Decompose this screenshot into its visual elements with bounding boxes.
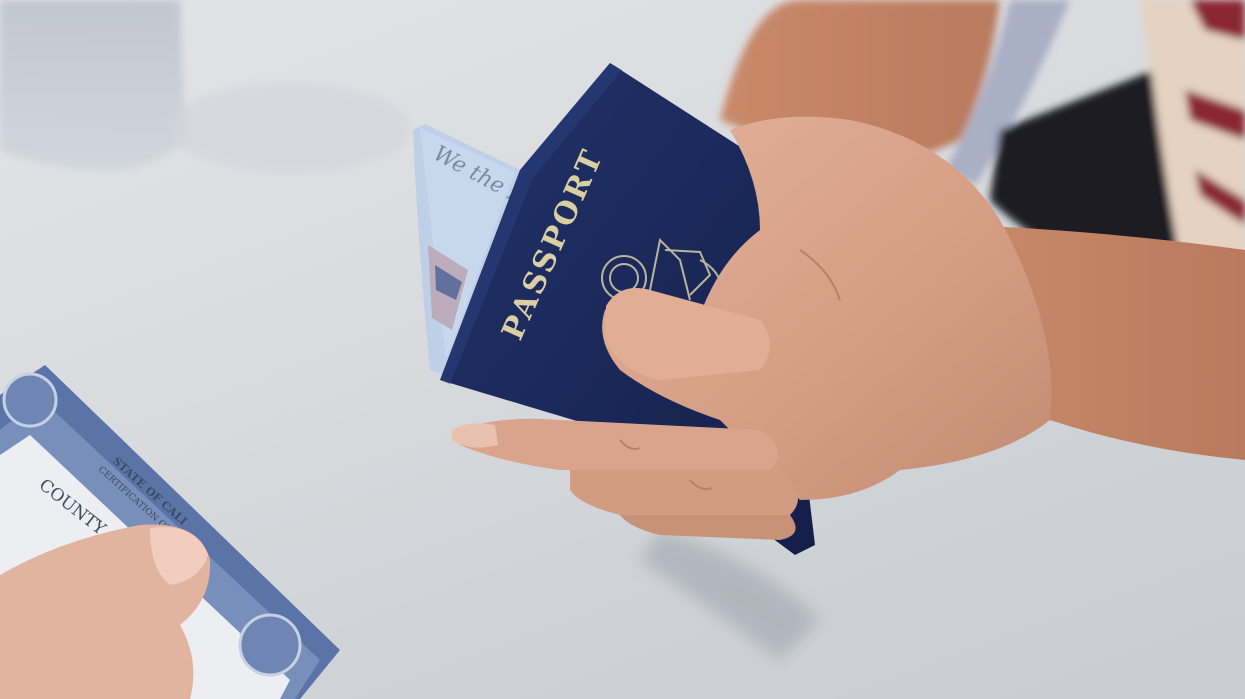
photo-illustration: We the People PASSPORT — [0, 0, 1245, 699]
water-glass — [0, 0, 410, 173]
photo-scene: We the People PASSPORT — [0, 0, 1245, 699]
